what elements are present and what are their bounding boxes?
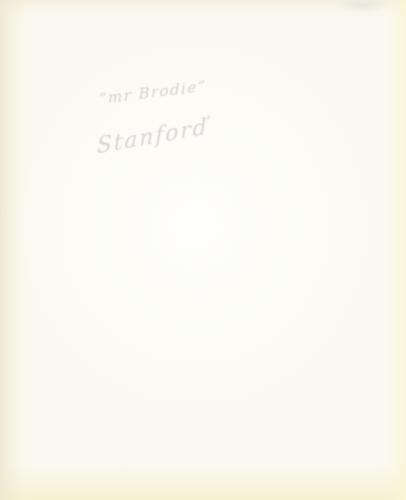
handwritten-inscription-line1: “mr Brodie”: [99, 77, 207, 108]
pencil-stray-mark: [206, 115, 211, 121]
blank-scanned-page: “mr Brodie” Stanford: [0, 0, 406, 500]
handwritten-signature-line2: Stanford: [97, 114, 208, 159]
paper-smudge: [328, 0, 398, 16]
